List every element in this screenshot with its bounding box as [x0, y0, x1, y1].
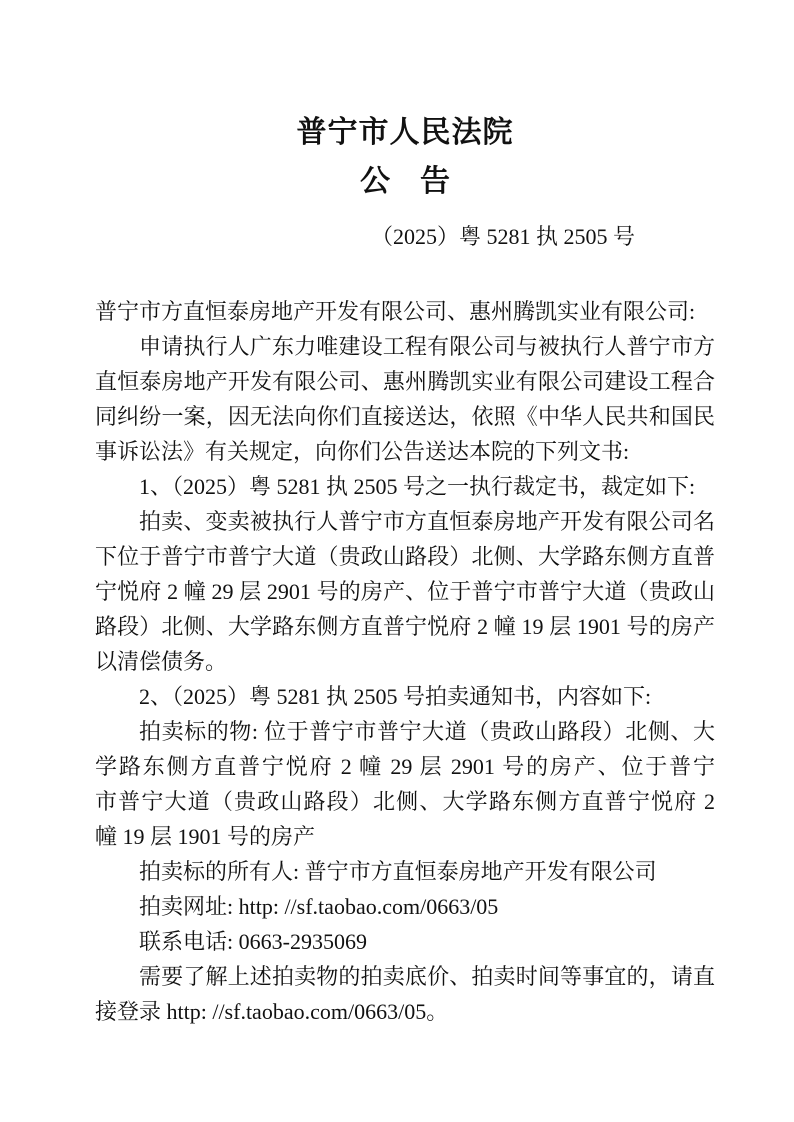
court-name: 普宁市人民法院 [95, 108, 715, 158]
document-page: 普宁市人民法院 公 告 （2025）粤 5281 执 2505 号 普宁市方直恒… [0, 0, 794, 1122]
body-line: 路段）北侧、大学路东侧方直普宁悦府 2 幢 19 层 1901 号的房产 [95, 609, 715, 644]
document-content: 普宁市人民法院 公 告 （2025）粤 5281 执 2505 号 普宁市方直恒… [95, 108, 715, 1029]
body-line: 宁悦府 2 幢 29 层 2901 号的房产、位于普宁市普宁大道（贵政山 [95, 574, 715, 609]
body-line: 拍卖、变卖被执行人普宁市方直恒泰房地产开发有限公司名 [95, 504, 715, 539]
body-line: 需要了解上述拍卖物的拍卖底价、拍卖时间等事宜的，请直 [95, 959, 715, 994]
body-line: 以清偿债务。 [95, 644, 715, 679]
body-line: 接登录 http: //sf.taobao.com/0663/05。 [95, 994, 715, 1029]
body-line: 幢 19 层 1901 号的房产 [95, 819, 715, 854]
body-line: 普宁市方直恒泰房地产开发有限公司、惠州腾凯实业有限公司: [95, 294, 715, 329]
body-line: 下位于普宁市普宁大道（贵政山路段）北侧、大学路东侧方直普 [95, 539, 715, 574]
body-line: 拍卖网址: http: //sf.taobao.com/0663/05 [95, 889, 715, 924]
body-line: 学路东侧方直普宁悦府 2 幢 29 层 2901 号的房产、位于普宁 [95, 749, 715, 784]
body-line: 同纠纷一案，因无法向你们直接送达，依照《中华人民共和国民 [95, 399, 715, 434]
body-line: 直恒泰房地产开发有限公司、惠州腾凯实业有限公司建设工程合 [95, 364, 715, 399]
notice-title: 公 告 [95, 158, 715, 206]
body-line: 申请执行人广东力唯建设工程有限公司与被执行人普宁市方 [95, 329, 715, 364]
body-line: 拍卖标的物: 位于普宁市普宁大道（贵政山路段）北侧、大 [95, 714, 715, 749]
body-line: 市普宁大道（贵政山路段）北侧、大学路东侧方直普宁悦府 2 [95, 784, 715, 819]
body-line: 事诉讼法》有关规定，向你们公告送达本院的下列文书: [95, 434, 715, 469]
document-body: 普宁市方直恒泰房地产开发有限公司、惠州腾凯实业有限公司:申请执行人广东力唯建设工… [95, 294, 715, 1029]
body-line: 2、（2025）粤 5281 执 2505 号拍卖通知书，内容如下: [95, 679, 715, 714]
case-number: （2025）粤 5281 执 2505 号 [95, 222, 715, 252]
body-line: 拍卖标的所有人: 普宁市方直恒泰房地产开发有限公司 [95, 854, 715, 889]
body-line: 联系电话: 0663-2935069 [95, 924, 715, 959]
body-line: 1、（2025）粤 5281 执 2505 号之一执行裁定书，裁定如下: [95, 469, 715, 504]
